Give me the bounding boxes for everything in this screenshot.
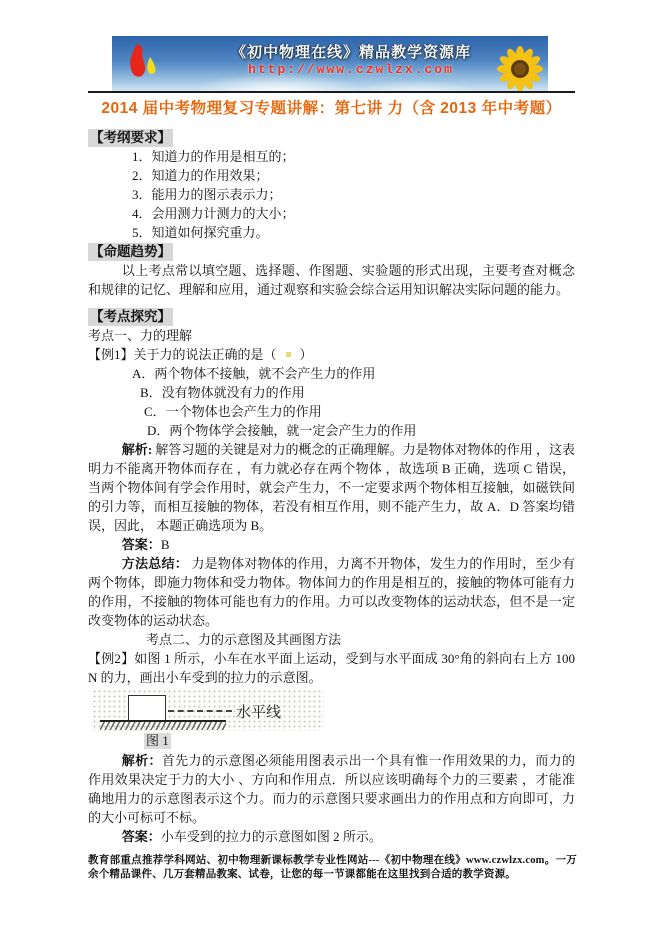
figure-caption: 图 1 (144, 733, 171, 749)
topic-heading-1: 考点一、力的理解 (88, 326, 575, 345)
ground-hatching (100, 720, 226, 730)
topic-heading-2: 考点二、力的示意图及其画图方法 (88, 630, 575, 649)
highlight-mark (286, 352, 291, 357)
outline-item: 1．知道力的作用是相互的； (88, 147, 575, 166)
section-header-outline: 【考纲要求】 (88, 129, 173, 147)
outline-item: 5．知道如何探究重力。 (88, 223, 575, 242)
example1-summary: 方法总结： 力是物体对物体的作用，力离不开物体，发生力的作用时，至少有两个物体，… (88, 554, 575, 630)
option-a: A．两个物体不接触，就不会产生力的作用 (88, 364, 575, 383)
horizontal-line-label: 水平线 (236, 701, 281, 722)
option-d: D．两个物体学会接触，就一定会产生力的作用 (88, 421, 575, 440)
example1-analysis: 解析: 解答习题的关键是对力的概念的正确理解。力是物体对物体的作用 ，这表明力不… (88, 440, 575, 535)
site-title: 《初中物理在线》精品教学资源库 (206, 41, 496, 62)
example2-analysis: 解析：首先力的示意图必须能用图表示出一个具有惟一作用效果的力，而力的作用效果决定… (88, 751, 575, 827)
outline-list: 1．知道力的作用是相互的； 2．知道力的作用效果； 3．能用力的图示表示力； 4… (88, 147, 575, 242)
site-url: http://www.czwlzx.com (206, 62, 496, 77)
flame-logo-icon (120, 40, 166, 88)
example1-answer: 答案：B (88, 535, 575, 554)
example1-options: A．两个物体不接触，就不会产生力的作用 B．没有物体就没有力的作用 C．一个物体… (88, 364, 575, 440)
outline-item: 2．知道力的作用效果； (88, 166, 575, 185)
cart-box (128, 695, 166, 722)
page-title: 2014 届中考物理复习专题讲解：第七讲 力（含 2013 年中考题） (88, 96, 575, 118)
outline-item: 4．会用测力计测力的大小； (88, 204, 575, 223)
trend-paragraph: 以上考点常以填空题、选择题、作图题、实验题的形式出现，主要考查对概念和规律的记忆… (88, 261, 575, 299)
document-page: 《初中物理在线》精品教学资源库 http://www.czwlzx.com (0, 0, 661, 936)
banner-text-block: 《初中物理在线》精品教学资源库 http://www.czwlzx.com (206, 41, 496, 77)
footer-text: 教育部重点推荐学科网站、初中物理新课标教学专业性网站---《初中物理在线》www… (88, 854, 577, 881)
figure-1: 水平线 (92, 689, 324, 731)
header-divider (88, 91, 575, 93)
sunflower-icon (494, 43, 546, 91)
dashed-horizontal-line (168, 710, 232, 712)
outline-item: 3．能用力的图示表示力； (88, 185, 575, 204)
example2-answer: 答案：小车受到的拉力的示意图如图 2 所示。 (88, 827, 575, 846)
example2-question: 【例2】如图 1 所示，小车在水平面上运动，受到与水平面成 30°角的斜向右上方… (88, 649, 575, 687)
section-header-trend: 【命题趋势】 (88, 243, 173, 261)
section-header-explore: 【考点探究】 (88, 308, 173, 326)
example1-question: 【例1】关于力的说法正确的是（） (88, 345, 575, 364)
option-c: C．一个物体也会产生力的作用 (88, 402, 575, 421)
site-banner: 《初中物理在线》精品教学资源库 http://www.czwlzx.com (112, 36, 548, 91)
option-b: B．没有物体就没有力的作用 (88, 383, 575, 402)
